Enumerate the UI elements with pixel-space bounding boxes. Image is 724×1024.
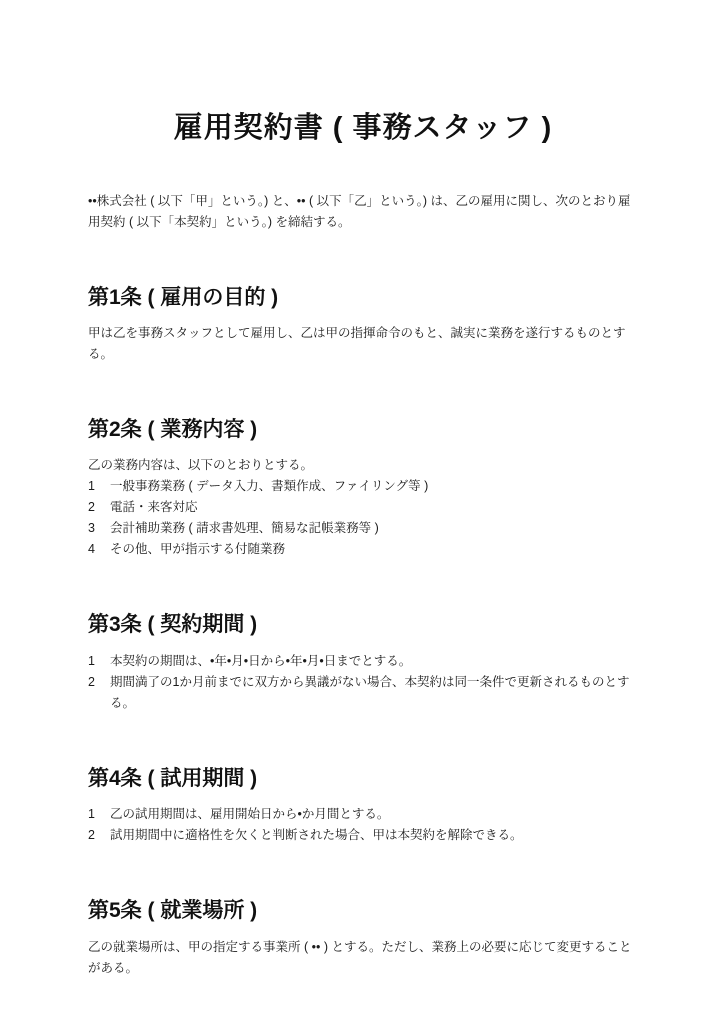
contract-section: 第1条 ( 雇用の目的 ) 甲は乙を事務スタッフとして雇用し、乙は甲の指揮命令の… xyxy=(88,283,638,365)
item-number: 1 xyxy=(88,476,110,497)
sections-container: 第1条 ( 雇用の目的 ) 甲は乙を事務スタッフとして雇用し、乙は甲の指揮命令の… xyxy=(88,283,638,979)
section-heading: 第2条 ( 業務内容 ) xyxy=(88,415,638,444)
contract-section: 第2条 ( 業務内容 ) 乙の業務内容は、以下のとおりとする。1一般事務業務 (… xyxy=(88,415,638,560)
document-intro-paragraph: ••株式会社 ( 以下「甲」という。) と、•• ( 以下「乙」という。) は、… xyxy=(88,191,638,233)
numbered-list-item: 2電話・来客対応 xyxy=(88,497,638,518)
section-paragraph: 乙の業務内容は、以下のとおりとする。 xyxy=(88,455,638,476)
item-text: 乙の試用期間は、雇用開始日から•か月間とする。 xyxy=(110,804,638,825)
contract-document-page: 雇用契約書 ( 事務スタッフ ) ••株式会社 ( 以下「甲」という。) と、•… xyxy=(0,0,724,1024)
numbered-list-item: 1乙の試用期間は、雇用開始日から•か月間とする。 xyxy=(88,804,638,825)
item-text: 会計補助業務 ( 請求書処理、簡易な記帳業務等 ) xyxy=(110,518,638,539)
numbered-list-item: 1本契約の期間は、•年•月•日から•年•月•日までとする。 xyxy=(88,651,638,672)
item-text: 一般事務業務 ( データ入力、書類作成、ファイリング等 ) xyxy=(110,476,638,497)
numbered-list-item: 2試用期間中に適格性を欠くと判断された場合、甲は本契約を解除できる。 xyxy=(88,825,638,846)
document-title: 雇用契約書 ( 事務スタッフ ) xyxy=(88,108,638,149)
item-number: 3 xyxy=(88,518,110,539)
numbered-list-item: 3会計補助業務 ( 請求書処理、簡易な記帳業務等 ) xyxy=(88,518,638,539)
section-paragraph: 甲は乙を事務スタッフとして雇用し、乙は甲の指揮命令のもと、誠実に業務を遂行するも… xyxy=(88,323,638,365)
section-heading: 第3条 ( 契約期間 ) xyxy=(88,610,638,639)
item-number: 2 xyxy=(88,497,110,518)
item-number: 2 xyxy=(88,825,110,846)
item-number: 2 xyxy=(88,672,110,693)
item-text: 本契約の期間は、•年•月•日から•年•月•日までとする。 xyxy=(110,651,638,672)
numbered-list-item: 1一般事務業務 ( データ入力、書類作成、ファイリング等 ) xyxy=(88,476,638,497)
item-number: 1 xyxy=(88,651,110,672)
section-heading: 第1条 ( 雇用の目的 ) xyxy=(88,283,638,312)
contract-section: 第3条 ( 契約期間 ) 1本契約の期間は、•年•月•日から•年•月•日までとす… xyxy=(88,610,638,713)
item-text: 期間満了の1か月前までに双方から異議がない場合、本契約は同一条件で更新されるもの… xyxy=(110,672,638,714)
section-paragraph: 乙の就業場所は、甲の指定する事業所 ( •• ) とする。ただし、業務上の必要に… xyxy=(88,937,638,979)
item-text: 電話・来客対応 xyxy=(110,497,638,518)
section-heading: 第5条 ( 就業場所 ) xyxy=(88,896,638,925)
numbered-list-item: 2期間満了の1か月前までに双方から異議がない場合、本契約は同一条件で更新されるも… xyxy=(88,672,638,714)
item-number: 4 xyxy=(88,539,110,560)
contract-section: 第4条 ( 試用期間 ) 1乙の試用期間は、雇用開始日から•か月間とする。2試用… xyxy=(88,764,638,846)
item-number: 1 xyxy=(88,804,110,825)
contract-section: 第5条 ( 就業場所 ) 乙の就業場所は、甲の指定する事業所 ( •• ) とす… xyxy=(88,896,638,978)
section-heading: 第4条 ( 試用期間 ) xyxy=(88,764,638,793)
item-text: 試用期間中に適格性を欠くと判断された場合、甲は本契約を解除できる。 xyxy=(110,825,638,846)
numbered-list-item: 4その他、甲が指示する付随業務 xyxy=(88,539,638,560)
item-text: その他、甲が指示する付随業務 xyxy=(110,539,638,560)
